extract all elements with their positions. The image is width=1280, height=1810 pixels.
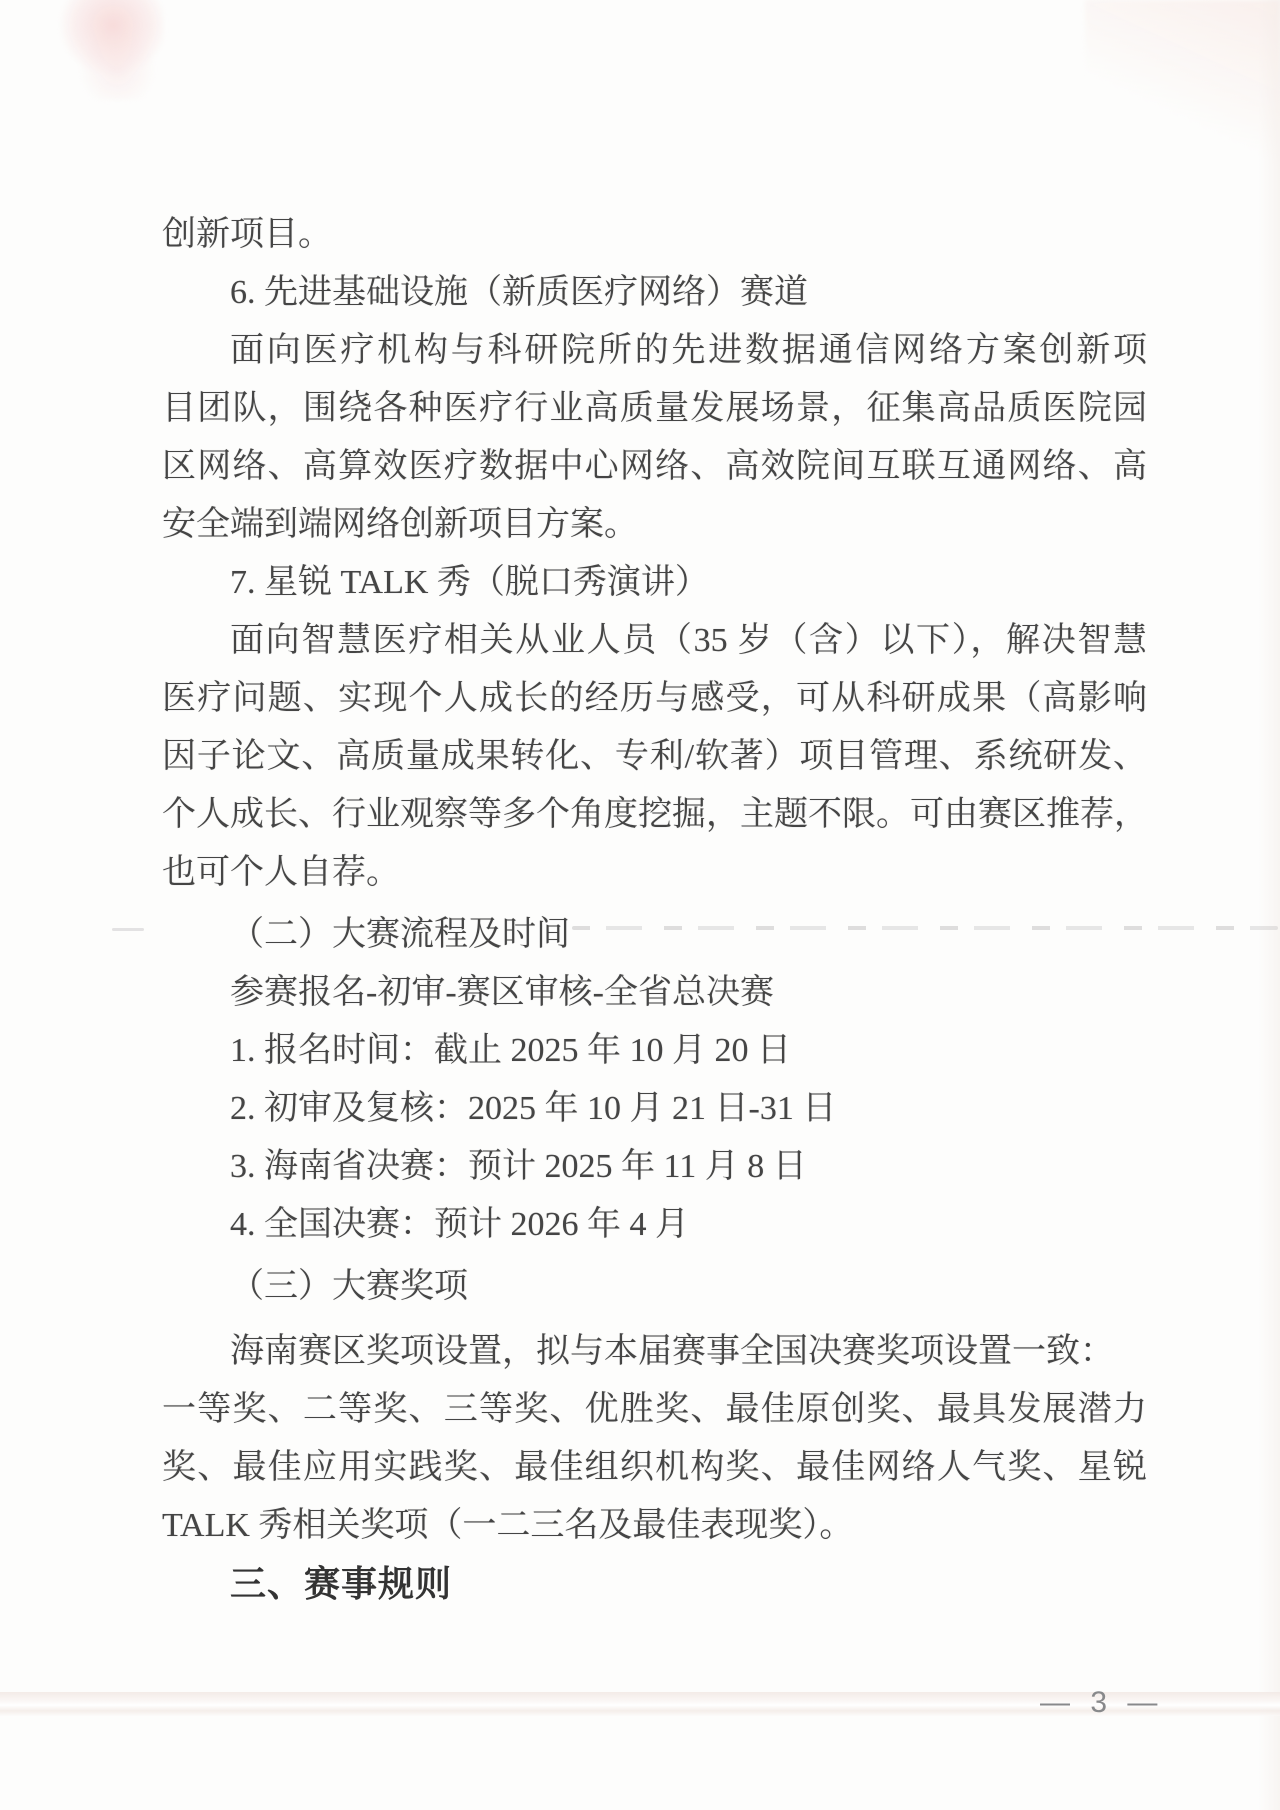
text-line: 海南赛区奖项设置，拟与本届赛事全国决赛奖项设置一致： bbox=[162, 1323, 1147, 1381]
scan-artifact-speckle-dot bbox=[112, 928, 144, 931]
text-line: 医疗问题、实现个人成长的经历与感受，可从科研成果（高影响 bbox=[162, 670, 1147, 728]
scanned-document-page: { "page": { "number_label": "— 3 —" }, "… bbox=[0, 0, 1280, 1810]
text-line: 安全端到端网络创新项目方案。 bbox=[162, 496, 1147, 554]
section-heading: 三、赛事规则 bbox=[162, 1555, 1147, 1613]
text-line: 1. 报名时间：截止 2025 年 10 月 20 日 bbox=[162, 1022, 1147, 1080]
text-line: （三）大赛奖项 bbox=[162, 1258, 1147, 1316]
text-line: 因子论文、高质量成果转化、专利/软著）项目管理、系统研发、 bbox=[162, 728, 1147, 786]
text-line: 面向医疗机构与科研院所的先进数据通信网络方案创新项 bbox=[162, 322, 1147, 380]
page-number: — 3 — bbox=[1040, 1686, 1163, 1720]
text-line: 奖、最佳应用实践奖、最佳组织机构奖、最佳网络人气奖、星锐 bbox=[162, 1439, 1147, 1497]
text-line: 一等奖、二等奖、三等奖、优胜奖、最佳原创奖、最具发展潜力 bbox=[162, 1381, 1147, 1439]
text-line: 3. 海南省决赛：预计 2025 年 11 月 8 日 bbox=[162, 1138, 1147, 1196]
text-line: 创新项目。 bbox=[162, 206, 1147, 264]
document-text: 创新项目。6. 先进基础设施（新质医疗网络）赛道面向医疗机构与科研院所的先进数据… bbox=[162, 206, 1147, 1613]
scan-artifact-edge-shadow bbox=[1258, 0, 1280, 1810]
text-line: 也可个人自荐。 bbox=[162, 844, 1147, 902]
text-line: 4. 全国决赛：预计 2026 年 4 月 bbox=[162, 1196, 1147, 1254]
scan-artifact-corner-tint bbox=[1085, 0, 1280, 165]
text-line: 2. 初审及复核：2025 年 10 月 21 日-31 日 bbox=[162, 1080, 1147, 1138]
text-line: 个人成长、行业观察等多个角度挖掘，主题不限。可由赛区推荐， bbox=[162, 786, 1147, 844]
text-line: 面向智慧医疗相关从业人员（35 岁（含）以下），解决智慧 bbox=[162, 612, 1147, 670]
text-line: 区网络、高算效医疗数据中心网络、高效院间互联互通网络、高 bbox=[162, 438, 1147, 496]
text-line: TALK 秀相关奖项（一二三名及最佳表现奖）。 bbox=[162, 1497, 1147, 1555]
text-line: 6. 先进基础设施（新质医疗网络）赛道 bbox=[162, 264, 1147, 322]
scan-artifact-pink-smudge bbox=[58, 0, 164, 100]
text-line: 目团队，围绕各种医疗行业高质量发展场景，征集高品质医院园 bbox=[162, 380, 1147, 438]
text-line: 参赛报名-初审-赛区审核-全省总决赛 bbox=[162, 964, 1147, 1022]
text-line: 7. 星锐 TALK 秀（脱口秀演讲） bbox=[162, 554, 1147, 612]
text-line: （二）大赛流程及时间 bbox=[162, 906, 1147, 964]
